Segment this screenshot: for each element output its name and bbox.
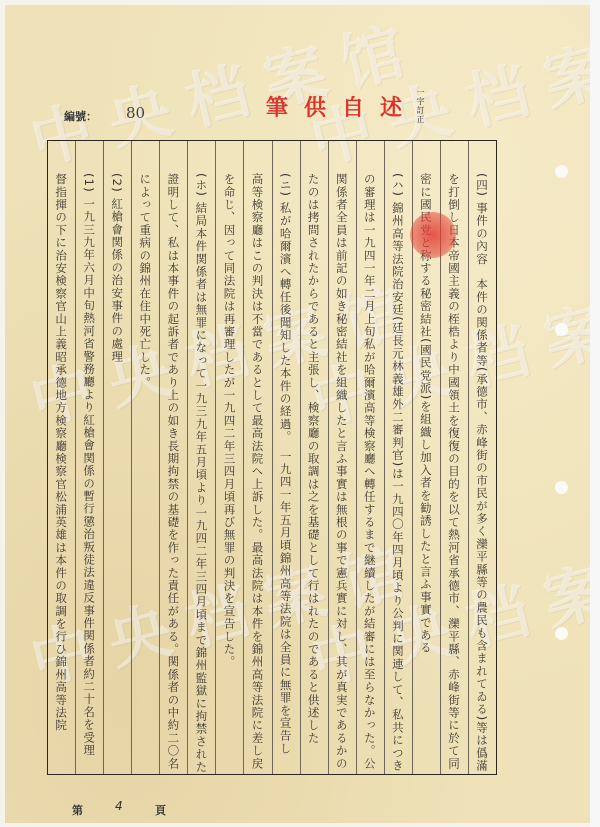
punch-hole <box>555 323 568 336</box>
serial-label: 編號： <box>64 108 97 124</box>
punch-hole <box>555 165 568 178</box>
punch-hole <box>555 627 568 640</box>
text-column: (1) 一九三九年六月中旬熱河省警務廳より紅槍會関係の暫行懲治叛徒法違反事件関係… <box>75 141 103 774</box>
text-column: (ニ) 私が哈爾濱へ轉任後聞知した本件の経過。 一九四一年五月頃錦州高等法院は全… <box>272 141 300 774</box>
text-column: たのは拷問されたからであると主張し、検察廳の取調は之を基礎として行はれたのである… <box>300 141 328 774</box>
text-column: 関係者全員は前記の如き秘密結社を組織したと言ふ事實は無根の事で憲兵實に対し、其が… <box>328 141 356 774</box>
scan-margin <box>590 0 600 827</box>
page-title: 筆供自述 <box>266 91 418 122</box>
text-column: 高等検察廳はこの判決は不當であるとして最高法院へ上訴した。最高法院は本件を錦州高… <box>243 141 271 774</box>
text-column: を命じ、因って同法院は再審理したが一九四二年三四月頃再び無罪の判決を宣告した。 <box>215 141 243 774</box>
text-column: によって重病の錦州在住中死亡した。 <box>131 141 159 774</box>
page-prefix: 第 <box>72 802 83 818</box>
serial-value: 80 <box>126 104 145 122</box>
text-column: 督指揮の下に治安検察官山上義昭承德地方検察廳検察官松浦英雄は本件の取調を行ひ錦州… <box>48 141 75 774</box>
text-column: の審理は一九四一年二月上旬私が哈爾濱高等検察廳へ轉任するまで継續したが結審には至… <box>356 141 384 774</box>
correction-note: 一字訂正 <box>415 88 426 124</box>
page-number: 4 <box>115 799 123 813</box>
punch-hole <box>555 481 568 494</box>
page-suffix: 頁 <box>155 802 166 818</box>
text-column: (2) 紅槍會関係の治安事件の處理 <box>103 141 131 774</box>
text-column: (四) 事件の內容 本件の関係者等(承德市、赤峰街の市民が多く灤平縣等の農民も含… <box>468 141 496 774</box>
red-seal-stamp <box>410 212 456 258</box>
text-column: (ホ) 結局本件関係者は無罪になって一九三九年五月頃より一九四二年三四月頃まで錦… <box>187 141 215 774</box>
text-column: 證明して、私は本事件の起訴者であり上の如き長期拘禁の基礎を作った責任がある。関係… <box>159 141 187 774</box>
text-column: (ハ) 錦州高等法院治安廷(廷長元林義雄外二審判官)は一九四〇年四月頃より公判に… <box>384 141 412 774</box>
